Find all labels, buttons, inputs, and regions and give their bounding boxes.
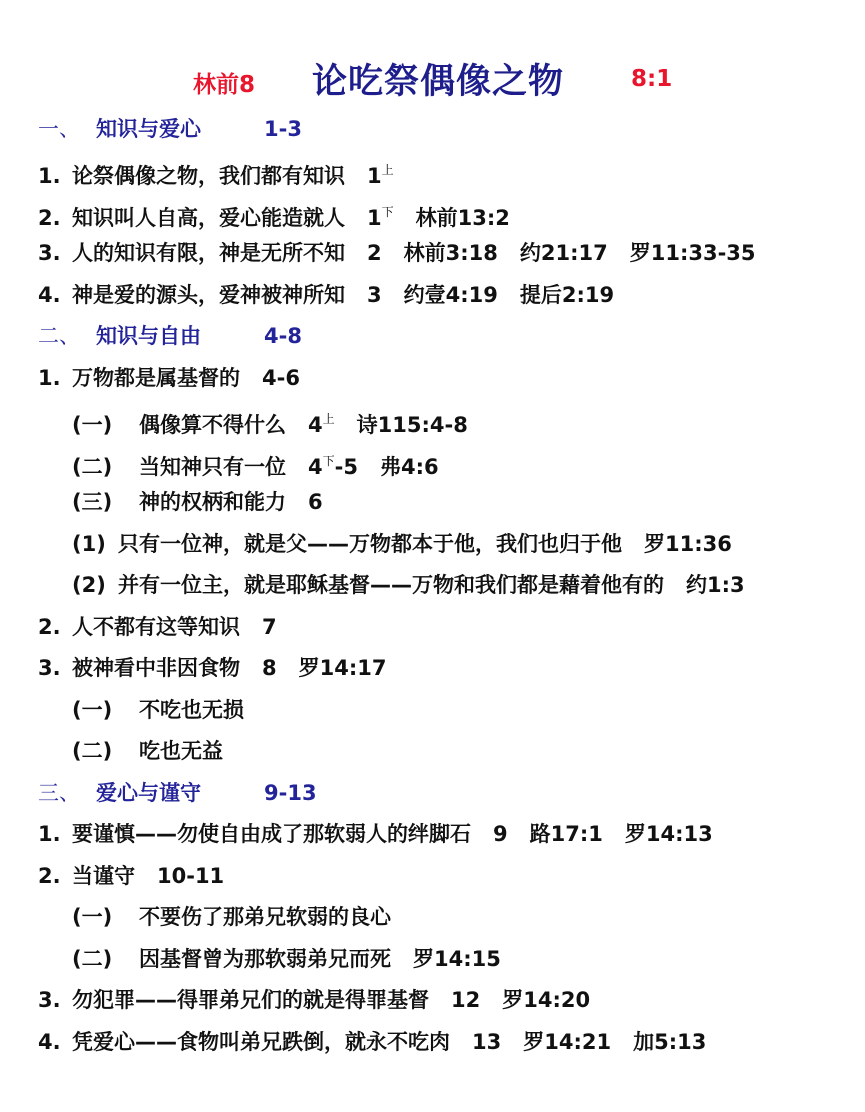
outline-subitem: (一)不吃也无损 [72,695,244,725]
outline-item: 1.万物都是属基督的4-6 [38,363,300,393]
outline-subitem: (二)因基督曾为那软弱弟兄而死罗14:15 [72,944,501,974]
page-title: 论吃祭偶像之物 [312,54,564,104]
section-heading-1: 一、知识与爱心1-3 [38,114,302,144]
outline-subitem: (一)偶像算不得什么4上诗115:4-8 [72,404,468,434]
outline-subitem: (一)不要伤了那弟兄软弱的良心 [72,902,391,932]
outline-item: 4.凭爱心——食物叫弟兄跌倒，就永不吃肉13罗14:21加5:13 [38,1027,706,1057]
outline-item: 2.知识叫人自高，爱心能造就人1下林前13:2 [38,197,510,227]
outline-subitem: (二)吃也无益 [72,736,223,766]
key-verse-ref: 8:1 [631,66,672,92]
outline-item: 1.要谨慎——勿使自由成了那软弱人的绊脚石9路17:1罗14:13 [38,819,713,849]
outline-item: 2.当谨守10-11 [38,861,224,891]
outline-item: 3.被神看中非因食物8罗14:17 [38,653,386,683]
outline-item: 1.论祭偶像之物，我们都有知识1上 [38,155,394,185]
document-header: 林前8 论吃祭偶像之物 8:1 [0,52,865,108]
outline-item: 4.神是爱的源头，爱神被神所知3约壹4:19提后2:19 [38,280,614,310]
book-chapter-ref: 林前8 [193,66,255,99]
outline-point: (2)并有一位主，就是耶稣基督——万物和我们都是藉着他有的约1:3 [72,570,745,600]
outline-item: 3.勿犯罪——得罪弟兄们的就是得罪基督12罗14:20 [38,985,590,1015]
outline-subitem: (二)当知神只有一位4下-5弗4:6 [72,446,439,476]
outline-subitem: (三)神的权柄和能力6 [72,487,323,517]
outline-item: 3.人的知识有限，神是无所不知2林前3:18约21:17罗11:33-35 [38,238,756,268]
outline-point: (1)只有一位神，就是父——万物都本于他，我们也归于他罗11:36 [72,529,732,559]
section-heading-2: 二、知识与自由4-8 [38,321,302,351]
section-heading-3: 三、爱心与谨守9-13 [38,778,317,808]
outline-item: 2.人不都有这等知识7 [38,612,277,642]
